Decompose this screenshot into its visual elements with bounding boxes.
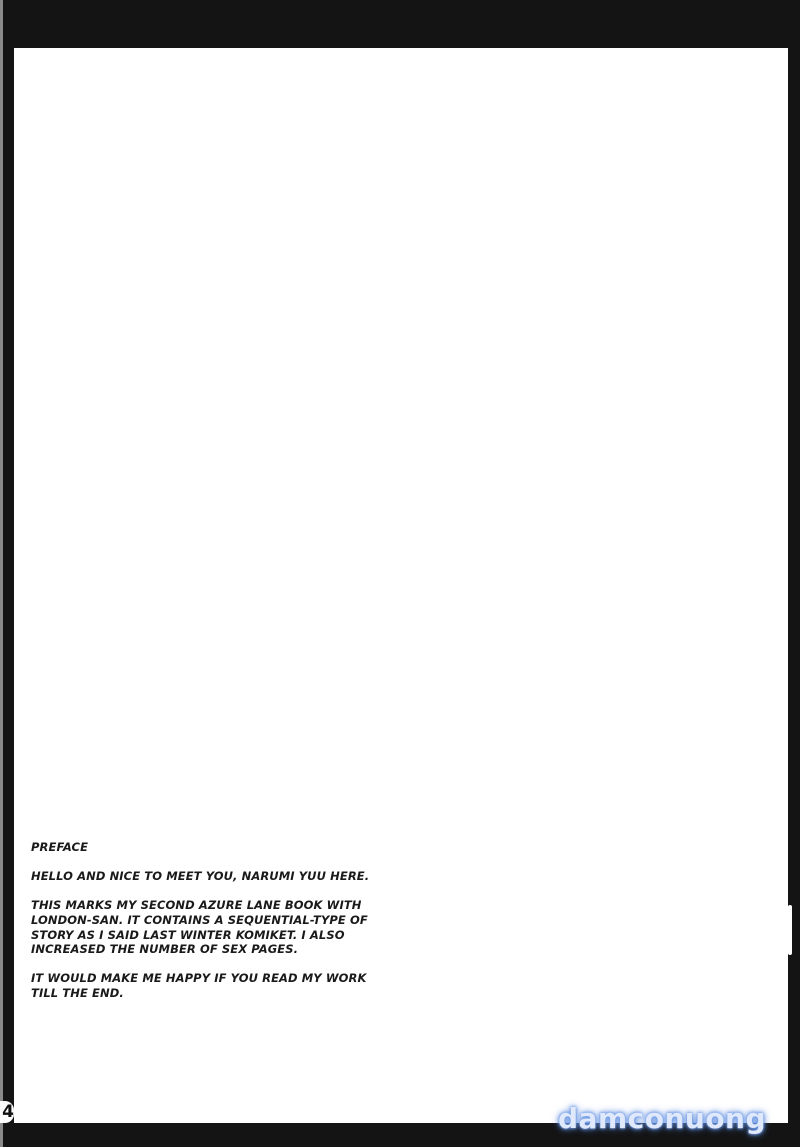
page-edge-notch xyxy=(788,905,792,955)
preface-title: PREFACE xyxy=(31,840,411,855)
site-watermark: damconuong xyxy=(558,1101,766,1137)
page-number: 4 xyxy=(0,1101,14,1123)
preface-block: PREFACE HELLO AND NICE TO MEET YOU, NARU… xyxy=(31,840,411,1015)
preface-paragraph-book-info: THIS MARKS MY SECOND AZURE LANE BOOK WIT… xyxy=(31,898,411,956)
preface-paragraph-greeting: HELLO AND NICE TO MEET YOU, NARUMI YUU H… xyxy=(31,869,411,884)
scan-edge-strip xyxy=(0,0,3,1147)
preface-paragraph-closing: IT WOULD MAKE ME HAPPY IF YOU READ MY WO… xyxy=(31,971,411,1000)
